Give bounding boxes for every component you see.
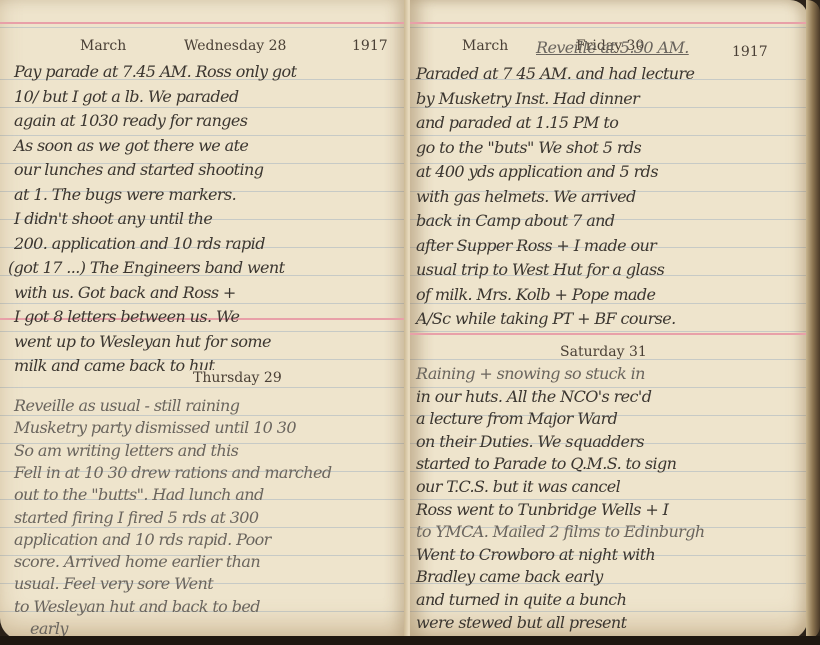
entry-line: to Wesleyan hut and back to bed [14, 595, 260, 619]
entry-line: went up to Wesleyan hut for some [14, 330, 271, 354]
page-edges [806, 0, 820, 640]
entry-line: in our huts. All the NCO's rec'd [416, 385, 651, 409]
entry-line: Fell in at 10 30 drew rations and marche… [14, 461, 332, 485]
pink-rule-top [410, 22, 808, 24]
entry-line: (got 17 ...) The Engineers band went [8, 256, 284, 280]
entry-line: I got 8 letters between us. We [14, 305, 239, 329]
entry-line: 200. application and 10 rds rapid [14, 232, 265, 256]
year-label: 1917 [352, 38, 388, 54]
entry-line: out to the "butts". Had lunch and [14, 483, 264, 507]
thursday-29-header: Thursday 29 [190, 370, 285, 386]
entry-line: and turned in quite a bunch [416, 588, 626, 612]
entry-line: As soon as we got there we ate [14, 134, 248, 158]
entry-line: Ross went to Tunbridge Wells + I [416, 498, 668, 522]
year-label: 1917 [732, 44, 768, 60]
entry-line: Musketry party dismissed until 10 30 [14, 416, 296, 440]
bottom-shadow [0, 636, 820, 645]
pink-rule-middle [410, 333, 808, 335]
entry-line: of milk. Mrs. Kolb + Pope made [416, 283, 655, 307]
entry-line: started to Parade to Q.M.S. to sign [416, 452, 676, 476]
month-label: March [462, 38, 508, 54]
entry-line: score. Arrived home earlier than [14, 550, 260, 574]
entry-line: go to the "buts" We shot 5 rds [416, 136, 641, 160]
entry-line: our T.C.S. but it was cancel [416, 475, 620, 499]
left-page: March Wednesday 28 1917 Pay parade at 7.… [0, 0, 408, 640]
entry-line: on their Duties. We squadders [416, 430, 644, 454]
entry-line: milk and came back to hut [14, 354, 214, 378]
entry-line: were stewed but all present [416, 611, 626, 635]
entry-line: usual trip to West Hut for a glass [416, 258, 664, 282]
right-page: March Friday 30 1917 Reveille at 5.30 AM… [410, 0, 808, 640]
entry-line: with us. Got back and Ross + [14, 281, 236, 305]
entry-line: So am writing letters and this [14, 439, 238, 463]
entry-line: started firing I fired 5 rds at 300 [14, 506, 258, 530]
entry-line: Raining + snowing so stuck in [416, 362, 645, 386]
entry-line: Pay parade at 7.45 AM. Ross only got [14, 60, 296, 84]
left-page-header: March Wednesday 28 1917 [0, 38, 408, 60]
saturday-31-header: Saturday 31 [560, 344, 647, 360]
entry-line: usual. Feel very sore Went [14, 572, 213, 596]
entry-line: with gas helmets. We arrived [416, 185, 636, 209]
entry-line: I didn't shoot any until the [14, 207, 212, 231]
entry-line: at 400 yds application and 5 rds [416, 160, 658, 184]
month-label: March [80, 38, 126, 54]
entry-line: after Supper Ross + I made our [416, 234, 656, 258]
entry-line: and paraded at 1.15 PM to [416, 111, 618, 135]
entry-line: our lunches and started shooting [14, 158, 263, 182]
entry-line: a lecture from Major Ward [416, 407, 617, 431]
entry-line: 10/ but I got a lb. We paraded [14, 85, 238, 109]
diary-spread: March Wednesday 28 1917 Pay parade at 7.… [0, 0, 820, 645]
entry-line: Reveille as usual - still raining [14, 394, 239, 418]
entry-line: at 1. The bugs were markers. [14, 183, 236, 207]
entry-line: Paraded at 7 45 AM. and had lecture [416, 62, 694, 86]
entry-line: back in Camp about 7 and [416, 209, 615, 233]
pink-rule-top [0, 22, 408, 24]
entry-line: A/Sc while taking PT + BF course. [416, 307, 676, 331]
entry-line: application and 10 rds rapid. Poor [14, 528, 271, 552]
entry-line: by Musketry Inst. Had dinner [416, 87, 639, 111]
day-label: Wednesday 28 [184, 38, 286, 54]
entry-line: Bradley came back early [416, 565, 603, 589]
entry-line: again at 1030 ready for ranges [14, 109, 247, 133]
reveille-note: Reveille at 5.30 AM. [536, 36, 689, 60]
entry-line: Went to Crowboro at night with [416, 543, 655, 567]
entry-line: to YMCA. Mailed 2 films to Edinburgh [416, 520, 705, 544]
